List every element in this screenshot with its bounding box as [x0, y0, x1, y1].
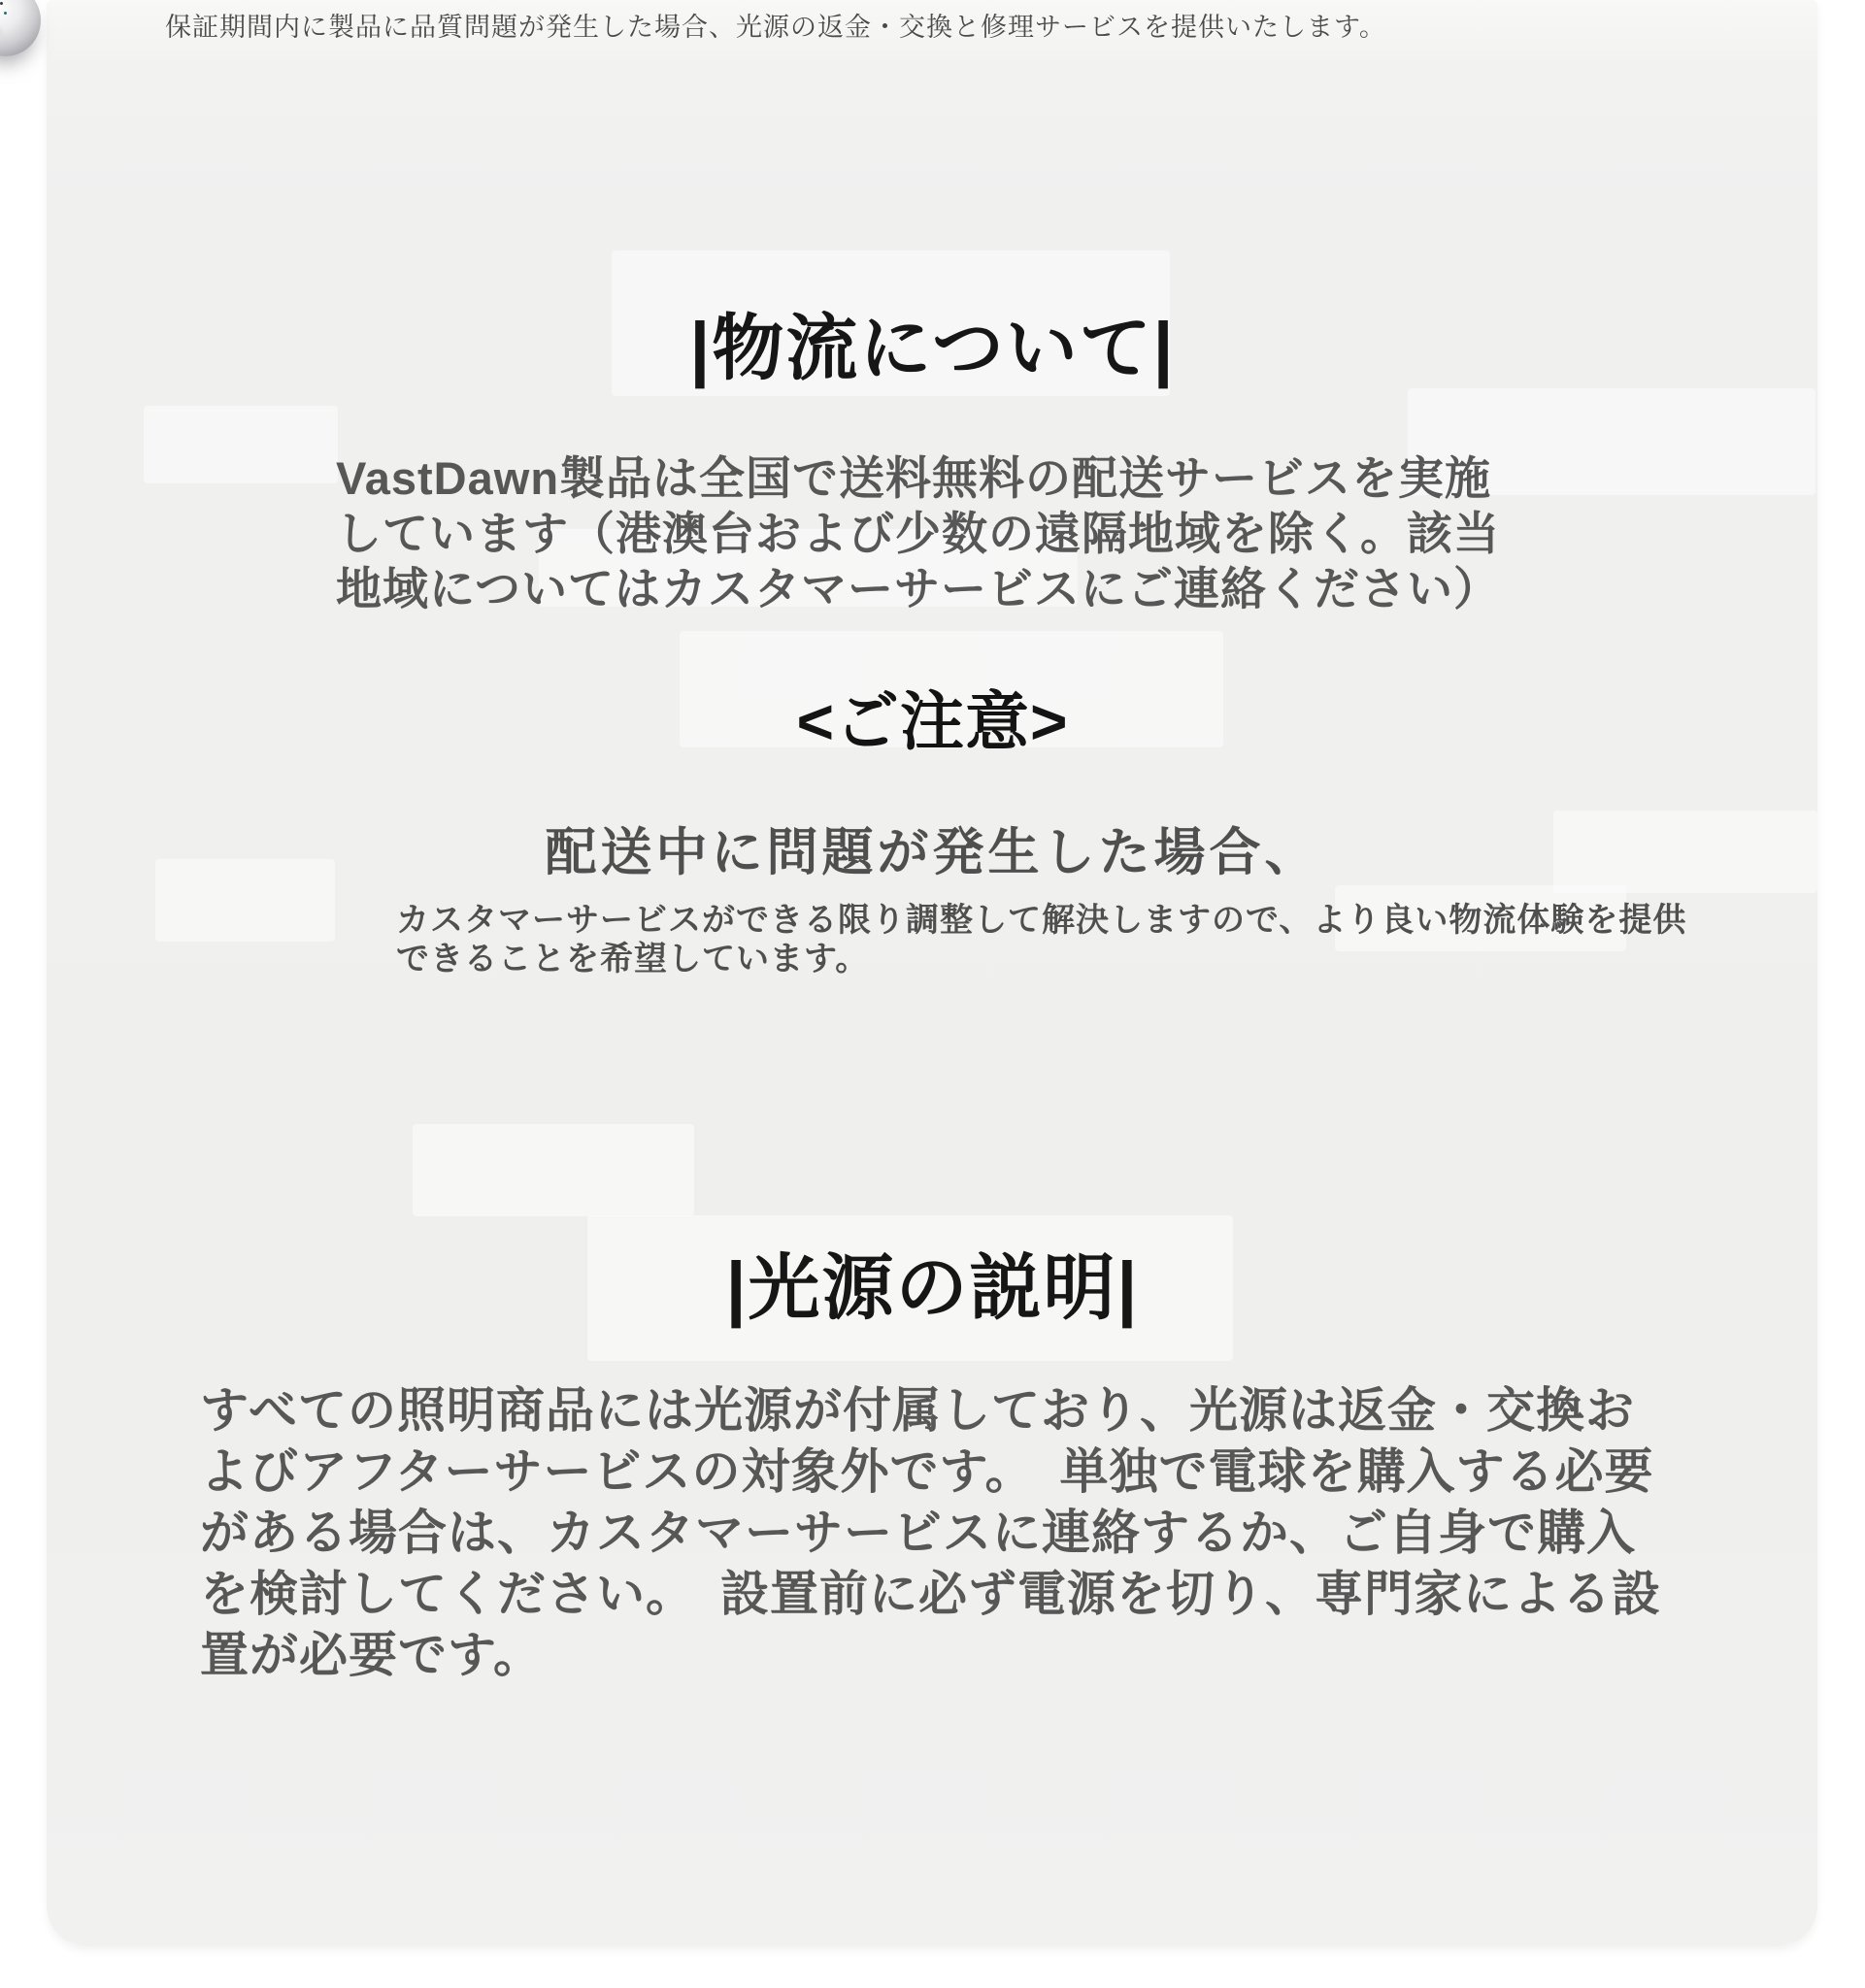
light-source-paragraph-line: 置が必要です。 [200, 1625, 1661, 1686]
light-source-paragraph: すべての照明商品には光源が付属しており、光源は返金・交換お よびアフターサービス… [200, 1380, 1661, 1686]
caution-lead-text: 配送中に問題が発生した場合、 [0, 812, 1865, 885]
background-patch [144, 406, 338, 483]
background-patch [413, 1124, 694, 1216]
light-source-paragraph-line: すべての照明商品には光源が付属しており、光源は返金・交換お [200, 1380, 1661, 1441]
shipping-paragraph-line: しています（港澳台および少数の遠隔地域を除く。該当 [336, 506, 1500, 561]
logistics-section-heading: |物流について| [0, 291, 1865, 394]
caution-detail-paragraph: カスタマーサービスができる限り調整して解決しますので、より良い物流体験を提供 で… [396, 901, 1686, 978]
warranty-notice-text: 保証期間内に製品に品質問題が発生した場合、光源の返金・交換と修理サービスを提供い… [165, 6, 1386, 44]
shipping-paragraph-line: 地域についてはカスタマーサービスにご連絡ください） [336, 561, 1500, 616]
caution-detail-line: カスタマーサービスができる限り調整して解決しますので、より良い物流体験を提供 [396, 901, 1686, 940]
shipping-paragraph: VastDawn製品は全国で送料無料の配送サービスを実施 しています（港澳台およ… [336, 450, 1500, 616]
light-source-paragraph-line: よびアフターサービスの対象外です。 単独で電球を購入する必要 [200, 1441, 1661, 1503]
shipping-paragraph-line: VastDawn製品は全国で送料無料の配送サービスを実施 [336, 450, 1500, 506]
caution-detail-line: できることを希望しています。 [396, 940, 1686, 978]
light-source-paragraph-line: がある場合は、カスタマーサービスに連絡するか、ご自身で購入 [200, 1503, 1661, 1564]
caution-heading: <ご注意> [0, 670, 1865, 762]
corner-photo-fragment [0, 0, 41, 56]
photo-fragment-shadow [0, 23, 4, 45]
light-source-paragraph-line: を検討してください。 設置前に必ず電源を切り、専門家による設 [200, 1564, 1661, 1625]
light-source-section-heading: |光源の説明| [0, 1231, 1865, 1334]
